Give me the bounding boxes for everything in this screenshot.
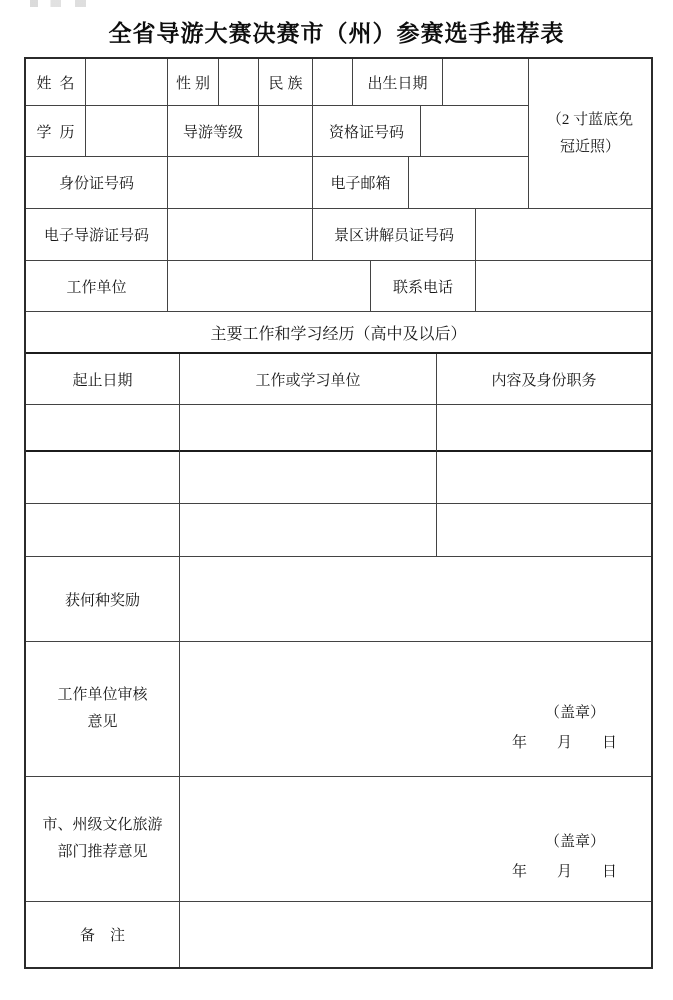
- awards-label: 获何种奖励: [26, 557, 180, 642]
- form-table: 姓名 性别 民族 出生日期 （2 寸蓝底免 冠近照） 学历 导游等级 资格证号码…: [24, 57, 653, 969]
- e-guide-no-label: 电子导游证号码: [26, 209, 168, 261]
- birth-date-value-cell: [443, 59, 529, 106]
- experience-cell: [437, 405, 651, 452]
- phone-label: 联系电话: [371, 261, 476, 312]
- city-recommendation-seal-note: （盖章）: [545, 830, 605, 851]
- document-page: 全省导游大赛决赛市（州）参赛选手推荐表 姓名 性别 民族 出生日期 （2 寸蓝底…: [0, 0, 673, 1000]
- scan-artifact: [30, 0, 108, 7]
- experience-cell: [26, 452, 180, 504]
- education-value-cell: [86, 106, 168, 157]
- id-number-value-cell: [168, 157, 313, 209]
- work-unit-value-cell: [168, 261, 371, 312]
- name-label: 姓名: [26, 59, 86, 106]
- qualification-no-value-cell: [421, 106, 529, 157]
- experience-col-unit: 工作或学习单位: [180, 354, 437, 405]
- city-recommendation-area: （盖章） 年 月 日: [180, 777, 651, 902]
- photo-box: （2 寸蓝底免 冠近照）: [529, 59, 651, 209]
- birth-date-label: 出生日期: [353, 59, 443, 106]
- guide-level-label: 导游等级: [168, 106, 259, 157]
- experience-cell: [180, 504, 437, 557]
- unit-review-area: （盖章） 年 月 日: [180, 642, 651, 777]
- email-label: 电子邮箱: [313, 157, 409, 209]
- experience-section-title: 主要工作和学习经历（高中及以后）: [26, 312, 651, 354]
- experience-cell: [437, 452, 651, 504]
- remarks-label: 备 注: [26, 902, 180, 967]
- experience-cell: [180, 452, 437, 504]
- city-recommendation-label: 市、州级文化旅游 部门推荐意见: [26, 777, 180, 902]
- gender-label: 性别: [168, 59, 219, 106]
- city-recommendation-date-line: 年 月 日: [512, 860, 617, 881]
- id-number-label: 身份证号码: [26, 157, 168, 209]
- work-unit-label: 工作单位: [26, 261, 168, 312]
- guide-level-value-cell: [259, 106, 313, 157]
- awards-value-cell: [180, 557, 651, 642]
- experience-cell: [437, 504, 651, 557]
- scenic-interpreter-no-label: 景区讲解员证号码: [313, 209, 476, 261]
- qualification-no-label: 资格证号码: [313, 106, 421, 157]
- unit-review-label: 工作单位审核 意见: [26, 642, 180, 777]
- experience-col-daterange: 起止日期: [26, 354, 180, 405]
- page-title: 全省导游大赛决赛市（州）参赛选手推荐表: [0, 15, 673, 48]
- email-value-cell: [409, 157, 529, 209]
- e-guide-no-value-cell: [168, 209, 313, 261]
- experience-col-role: 内容及身份职务: [437, 354, 651, 405]
- unit-review-seal-note: （盖章）: [545, 701, 605, 722]
- scenic-interpreter-no-value-cell: [476, 209, 651, 261]
- experience-cell: [26, 504, 180, 557]
- name-value-cell: [86, 59, 168, 106]
- education-label: 学历: [26, 106, 86, 157]
- ethnicity-label: 民族: [259, 59, 313, 106]
- experience-cell: [26, 405, 180, 452]
- remarks-value-cell: [180, 902, 651, 967]
- phone-value-cell: [476, 261, 651, 312]
- experience-cell: [180, 405, 437, 452]
- ethnicity-value-cell: [313, 59, 353, 106]
- gender-value-cell: [219, 59, 259, 106]
- unit-review-date-line: 年 月 日: [512, 731, 617, 752]
